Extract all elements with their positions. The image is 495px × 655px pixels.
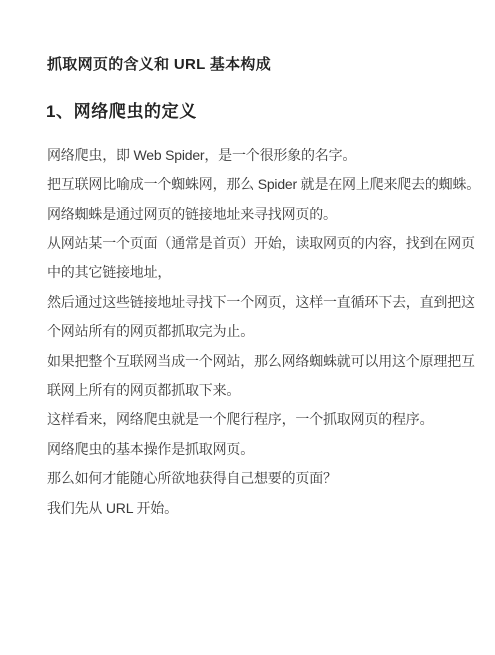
paragraph-line: 把互联网比喻成一个蜘蛛网，那么 Spider 就是在网上爬来爬去的蜘蛛。 xyxy=(47,169,485,198)
section-heading: 1、网络爬虫的定义 xyxy=(46,100,197,124)
paragraph-line: 网络爬虫的基本操作是抓取网页。 xyxy=(47,434,485,463)
paragraph-line: 那么如何才能随心所欲地获得自己想要的页面？ xyxy=(47,463,485,492)
paragraph-line: 我们先从 URL 开始。 xyxy=(47,493,485,522)
paragraph-line: 网络蜘蛛是通过网页的链接地址来寻找网页的。 xyxy=(47,199,485,228)
paragraph-line: 中的其它链接地址， xyxy=(47,258,485,287)
body-text-block: 网络爬虫，即 Web Spider，是一个很形象的名字。 把互联网比喻成一个蜘蛛… xyxy=(47,140,485,522)
paragraph-line: 网络爬虫，即 Web Spider，是一个很形象的名字。 xyxy=(47,140,485,169)
paragraph-line: 联网上所有的网页都抓取下来。 xyxy=(47,375,485,404)
paragraph-line: 如果把整个互联网当成一个网站，那么网络蜘蛛就可以用这个原理把互 xyxy=(47,346,485,375)
document-page: 抓取网页的含义和 URL 基本构成 1、网络爬虫的定义 网络爬虫，即 Web S… xyxy=(0,0,495,655)
paragraph-line: 从网站某一个页面（通常是首页）开始，读取网页的内容，找到在网页 xyxy=(47,228,485,257)
paragraph-line: 然后通过这些链接地址寻找下一个网页，这样一直循环下去，直到把这 xyxy=(47,287,485,316)
document-title: 抓取网页的含义和 URL 基本构成 xyxy=(47,54,271,76)
paragraph-line: 这样看来，网络爬虫就是一个爬行程序，一个抓取网页的程序。 xyxy=(47,405,485,434)
paragraph-line: 个网站所有的网页都抓取完为止。 xyxy=(47,316,485,345)
